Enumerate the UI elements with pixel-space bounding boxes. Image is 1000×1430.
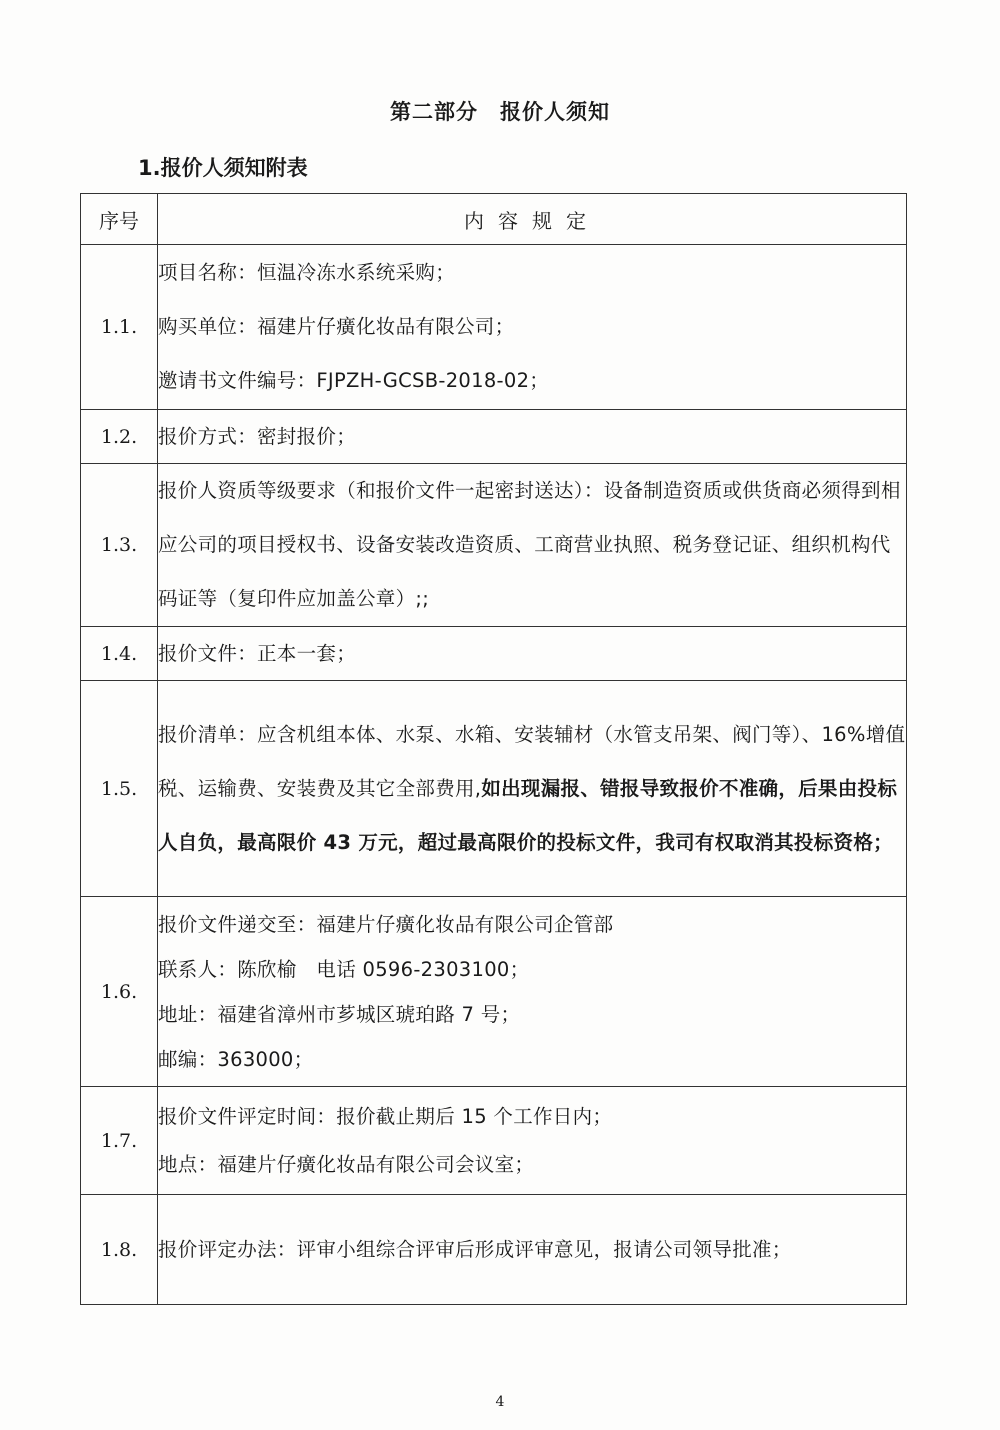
- table-row: 1.8. 报价评定办法：评审小组综合评审后形成评审意见，报请公司领导批准；: [81, 1195, 907, 1305]
- evaluation-location: 地点：福建片仔癀化妆品有限公司会议室；: [158, 1141, 906, 1189]
- row-content: 报价文件：正本一套；: [158, 627, 907, 681]
- row-serial-no: 1.2.: [81, 410, 158, 464]
- table-row: 1.1. 项目名称：恒温冷冻水系统采购； 购买单位：福建片仔癀化妆品有限公司； …: [81, 245, 907, 410]
- postal-code: 邮编：363000；: [158, 1037, 906, 1082]
- project-name: 项目名称：恒温冷冻水系统采购；: [158, 246, 906, 300]
- row-content: 报价清单：应含机组本体、水泵、水箱、安装辅材（水管支吊架、阀门等）、16%增值税…: [158, 681, 907, 897]
- row-serial-no: 1.5.: [81, 681, 158, 897]
- table-row: 1.7. 报价文件评定时间：报价截止期后 15 个工作日内； 地点：福建片仔癀化…: [81, 1087, 907, 1195]
- page-title: 第二部分 报价人须知: [0, 96, 1000, 126]
- table-row: 1.3. 报价人资质等级要求（和报价文件一起密封送达）：设备制造资质或供货商必须…: [81, 464, 907, 627]
- purchasing-unit: 购买单位：福建片仔癀化妆品有限公司；: [158, 300, 906, 354]
- row-serial-no: 1.3.: [81, 464, 158, 627]
- table-row: 1.4. 报价文件：正本一套；: [81, 627, 907, 681]
- table-header-row: 序号 内容规定: [81, 194, 907, 245]
- page-number: 4: [0, 1394, 1000, 1410]
- quotation-list: 报价清单：应含机组本体、水泵、水箱、安装辅材（水管支吊架、阀门等）、16%增值税…: [158, 708, 906, 870]
- evaluation-time: 报价文件评定时间：报价截止期后 15 个工作日内；: [158, 1093, 906, 1141]
- qualification-requirements: 报价人资质等级要求（和报价文件一起密封送达）：设备制造资质或供货商必须得到相应公…: [158, 464, 906, 626]
- row-content: 报价文件评定时间：报价截止期后 15 个工作日内； 地点：福建片仔癀化妆品有限公…: [158, 1087, 907, 1195]
- row-serial-no: 1.8.: [81, 1195, 158, 1305]
- row-content: 项目名称：恒温冷冻水系统采购； 购买单位：福建片仔癀化妆品有限公司； 邀请书文件…: [158, 245, 907, 410]
- row-serial-no: 1.1.: [81, 245, 158, 410]
- contact-person: 联系人：陈欣榆 电话 0596-2303100；: [158, 947, 906, 992]
- row-serial-no: 1.4.: [81, 627, 158, 681]
- bidder-notice-table: 序号 内容规定 1.1. 项目名称：恒温冷冻水系统采购； 购买单位：福建片仔癀化…: [80, 193, 907, 1305]
- row-serial-no: 1.7.: [81, 1087, 158, 1195]
- submission-address: 报价文件递交至：福建片仔癀化妆品有限公司企管部: [158, 902, 906, 947]
- quotation-documents: 报价文件：正本一套；: [158, 634, 906, 674]
- header-serial-no: 序号: [81, 194, 158, 245]
- row-content: 报价评定办法：评审小组综合评审后形成评审意见，报请公司领导批准；: [158, 1195, 907, 1305]
- table-row: 1.6. 报价文件递交至：福建片仔癀化妆品有限公司企管部 联系人：陈欣榆 电话 …: [81, 897, 907, 1087]
- row-serial-no: 1.6.: [81, 897, 158, 1087]
- section-title: 1.报价人须知附表: [138, 152, 308, 182]
- table-row: 1.2. 报价方式：密封报价；: [81, 410, 907, 464]
- address: 地址：福建省漳州市芗城区琥珀路 7 号；: [158, 992, 906, 1037]
- evaluation-method: 报价评定办法：评审小组综合评审后形成评审意见，报请公司领导批准；: [158, 1223, 906, 1277]
- row-content: 报价方式：密封报价；: [158, 410, 907, 464]
- row-content: 报价人资质等级要求（和报价文件一起密封送达）：设备制造资质或供货商必须得到相应公…: [158, 464, 907, 627]
- quotation-method: 报价方式：密封报价；: [158, 417, 906, 457]
- table-row: 1.5. 报价清单：应含机组本体、水泵、水箱、安装辅材（水管支吊架、阀门等）、1…: [81, 681, 907, 897]
- header-content: 内容规定: [158, 194, 907, 245]
- invitation-doc-number: 邀请书文件编号：FJPZH-GCSB-2018-02；: [158, 354, 906, 408]
- row-content: 报价文件递交至：福建片仔癀化妆品有限公司企管部 联系人：陈欣榆 电话 0596-…: [158, 897, 907, 1087]
